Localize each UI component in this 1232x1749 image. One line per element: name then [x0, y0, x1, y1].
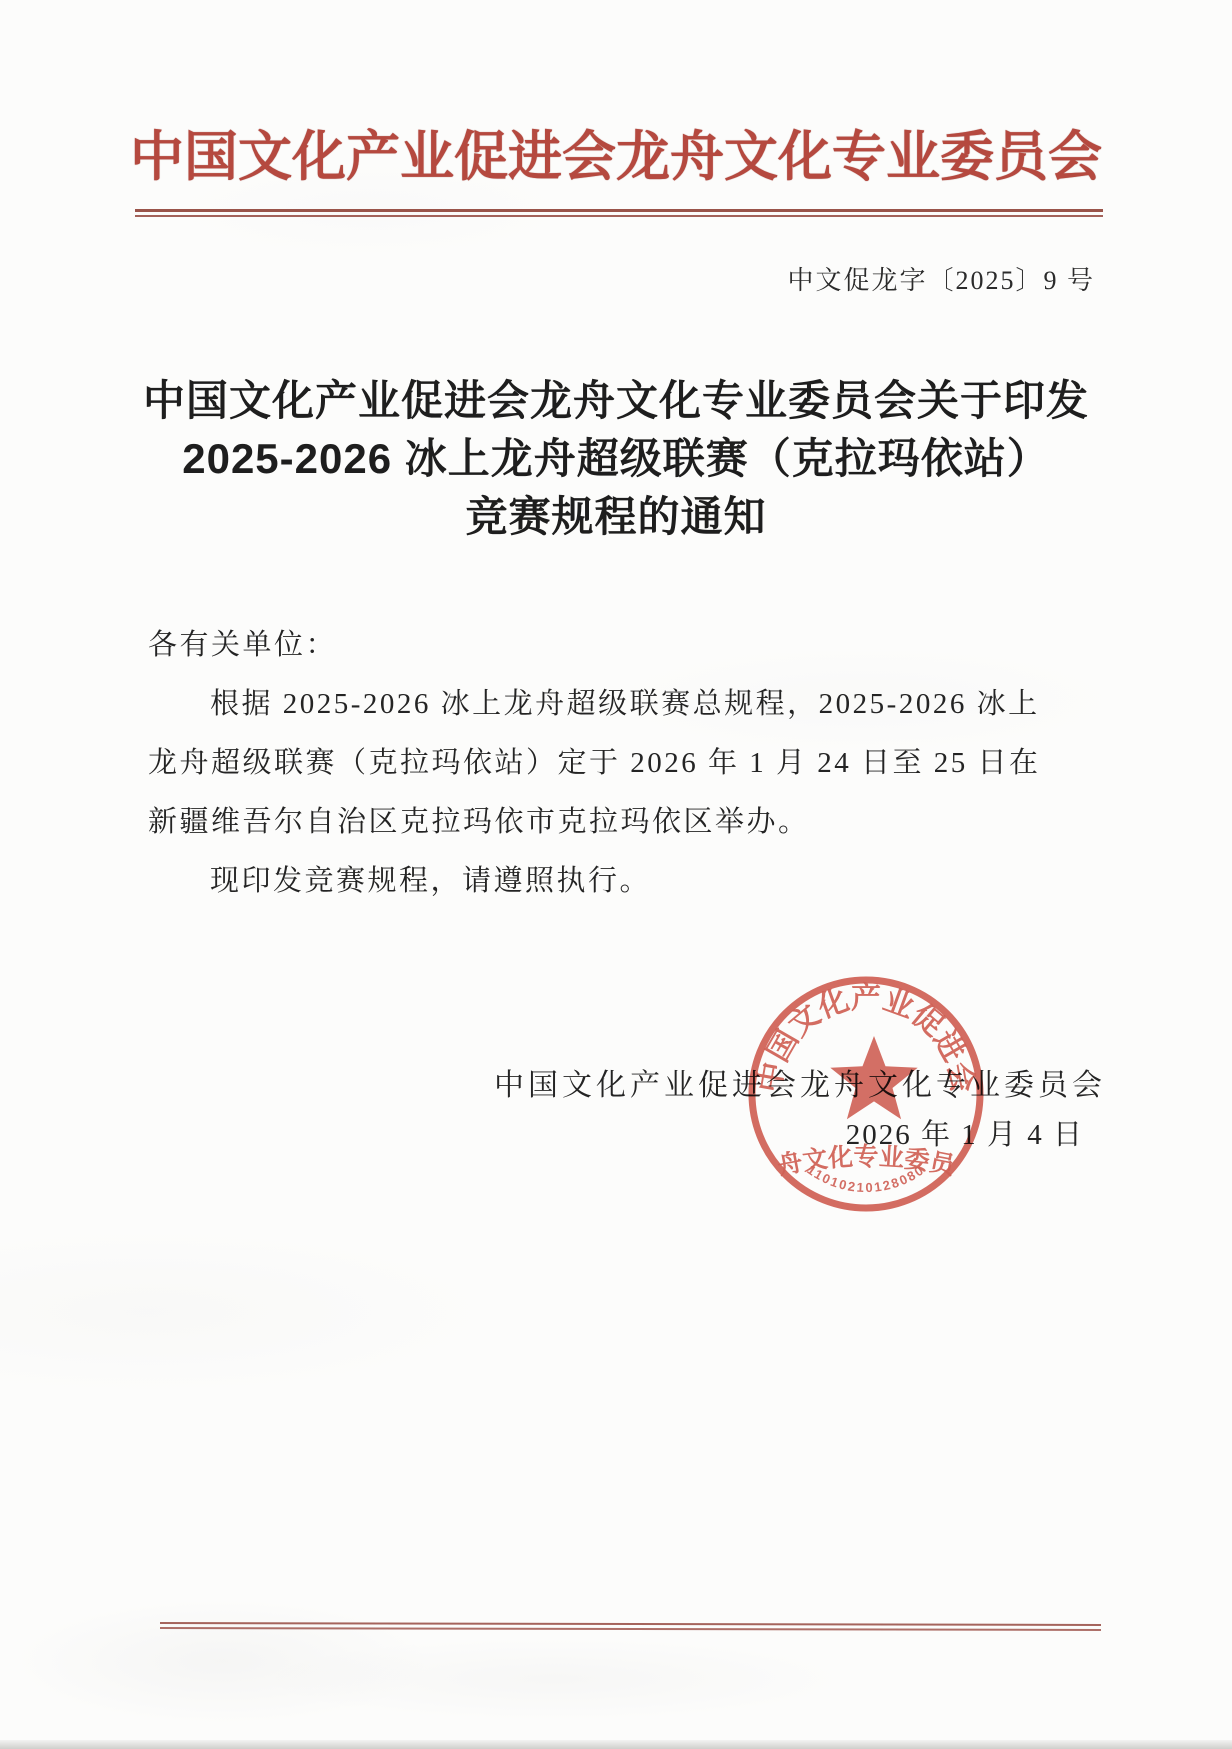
scanned-notice-page: 中国文化产业促进会龙舟文化专业委员会 中文促龙字〔2025〕9 号 中国文化产业… [0, 0, 1232, 1749]
footer-double-rule [160, 1622, 1101, 1631]
salutation: 各有关单位： [148, 616, 1100, 675]
notice-title-line-3: 竞赛规程的通知 [0, 488, 1232, 546]
paragraph1-line3: 新疆维吾尔自治区克拉玛依市克拉玛依区举办。 [148, 793, 1100, 852]
notice-title-line-2: 2025-2026 冰上龙舟超级联赛（克拉玛依站） [0, 430, 1232, 488]
notice-body: 各有关单位： 根据 2025-2026 冰上龙舟超级联赛总规程，2025-202… [148, 616, 1100, 911]
scan-bottom-edge [0, 1740, 1232, 1749]
official-seal: 中国文化产业促进会 龙舟文化专业委员会 11010210128080 [744, 972, 988, 1216]
notice-title-line-1: 中国文化产业促进会龙舟文化专业委员会关于印发 [0, 372, 1232, 430]
paragraph1-line2: 龙舟超级联赛（克拉玛依站）定于 2026 年 1 月 24 日至 25 日在 [148, 734, 1100, 793]
paragraph2-line1: 现印发竞赛规程，请遵照执行。 [148, 852, 1100, 911]
notice-title: 中国文化产业促进会龙舟文化专业委员会关于印发 2025-2026 冰上龙舟超级联… [0, 372, 1232, 546]
seal-star-icon [830, 1036, 917, 1119]
paragraph1-line1: 根据 2025-2026 冰上龙舟超级联赛总规程，2025-2026 冰上 [148, 675, 1100, 734]
red-letterhead-org-name: 中国文化产业促进会龙舟文化专业委员会 [0, 126, 1232, 188]
document-number: 中文促龙字〔2025〕9 号 [787, 260, 1095, 297]
letterhead-double-rule [135, 209, 1103, 217]
